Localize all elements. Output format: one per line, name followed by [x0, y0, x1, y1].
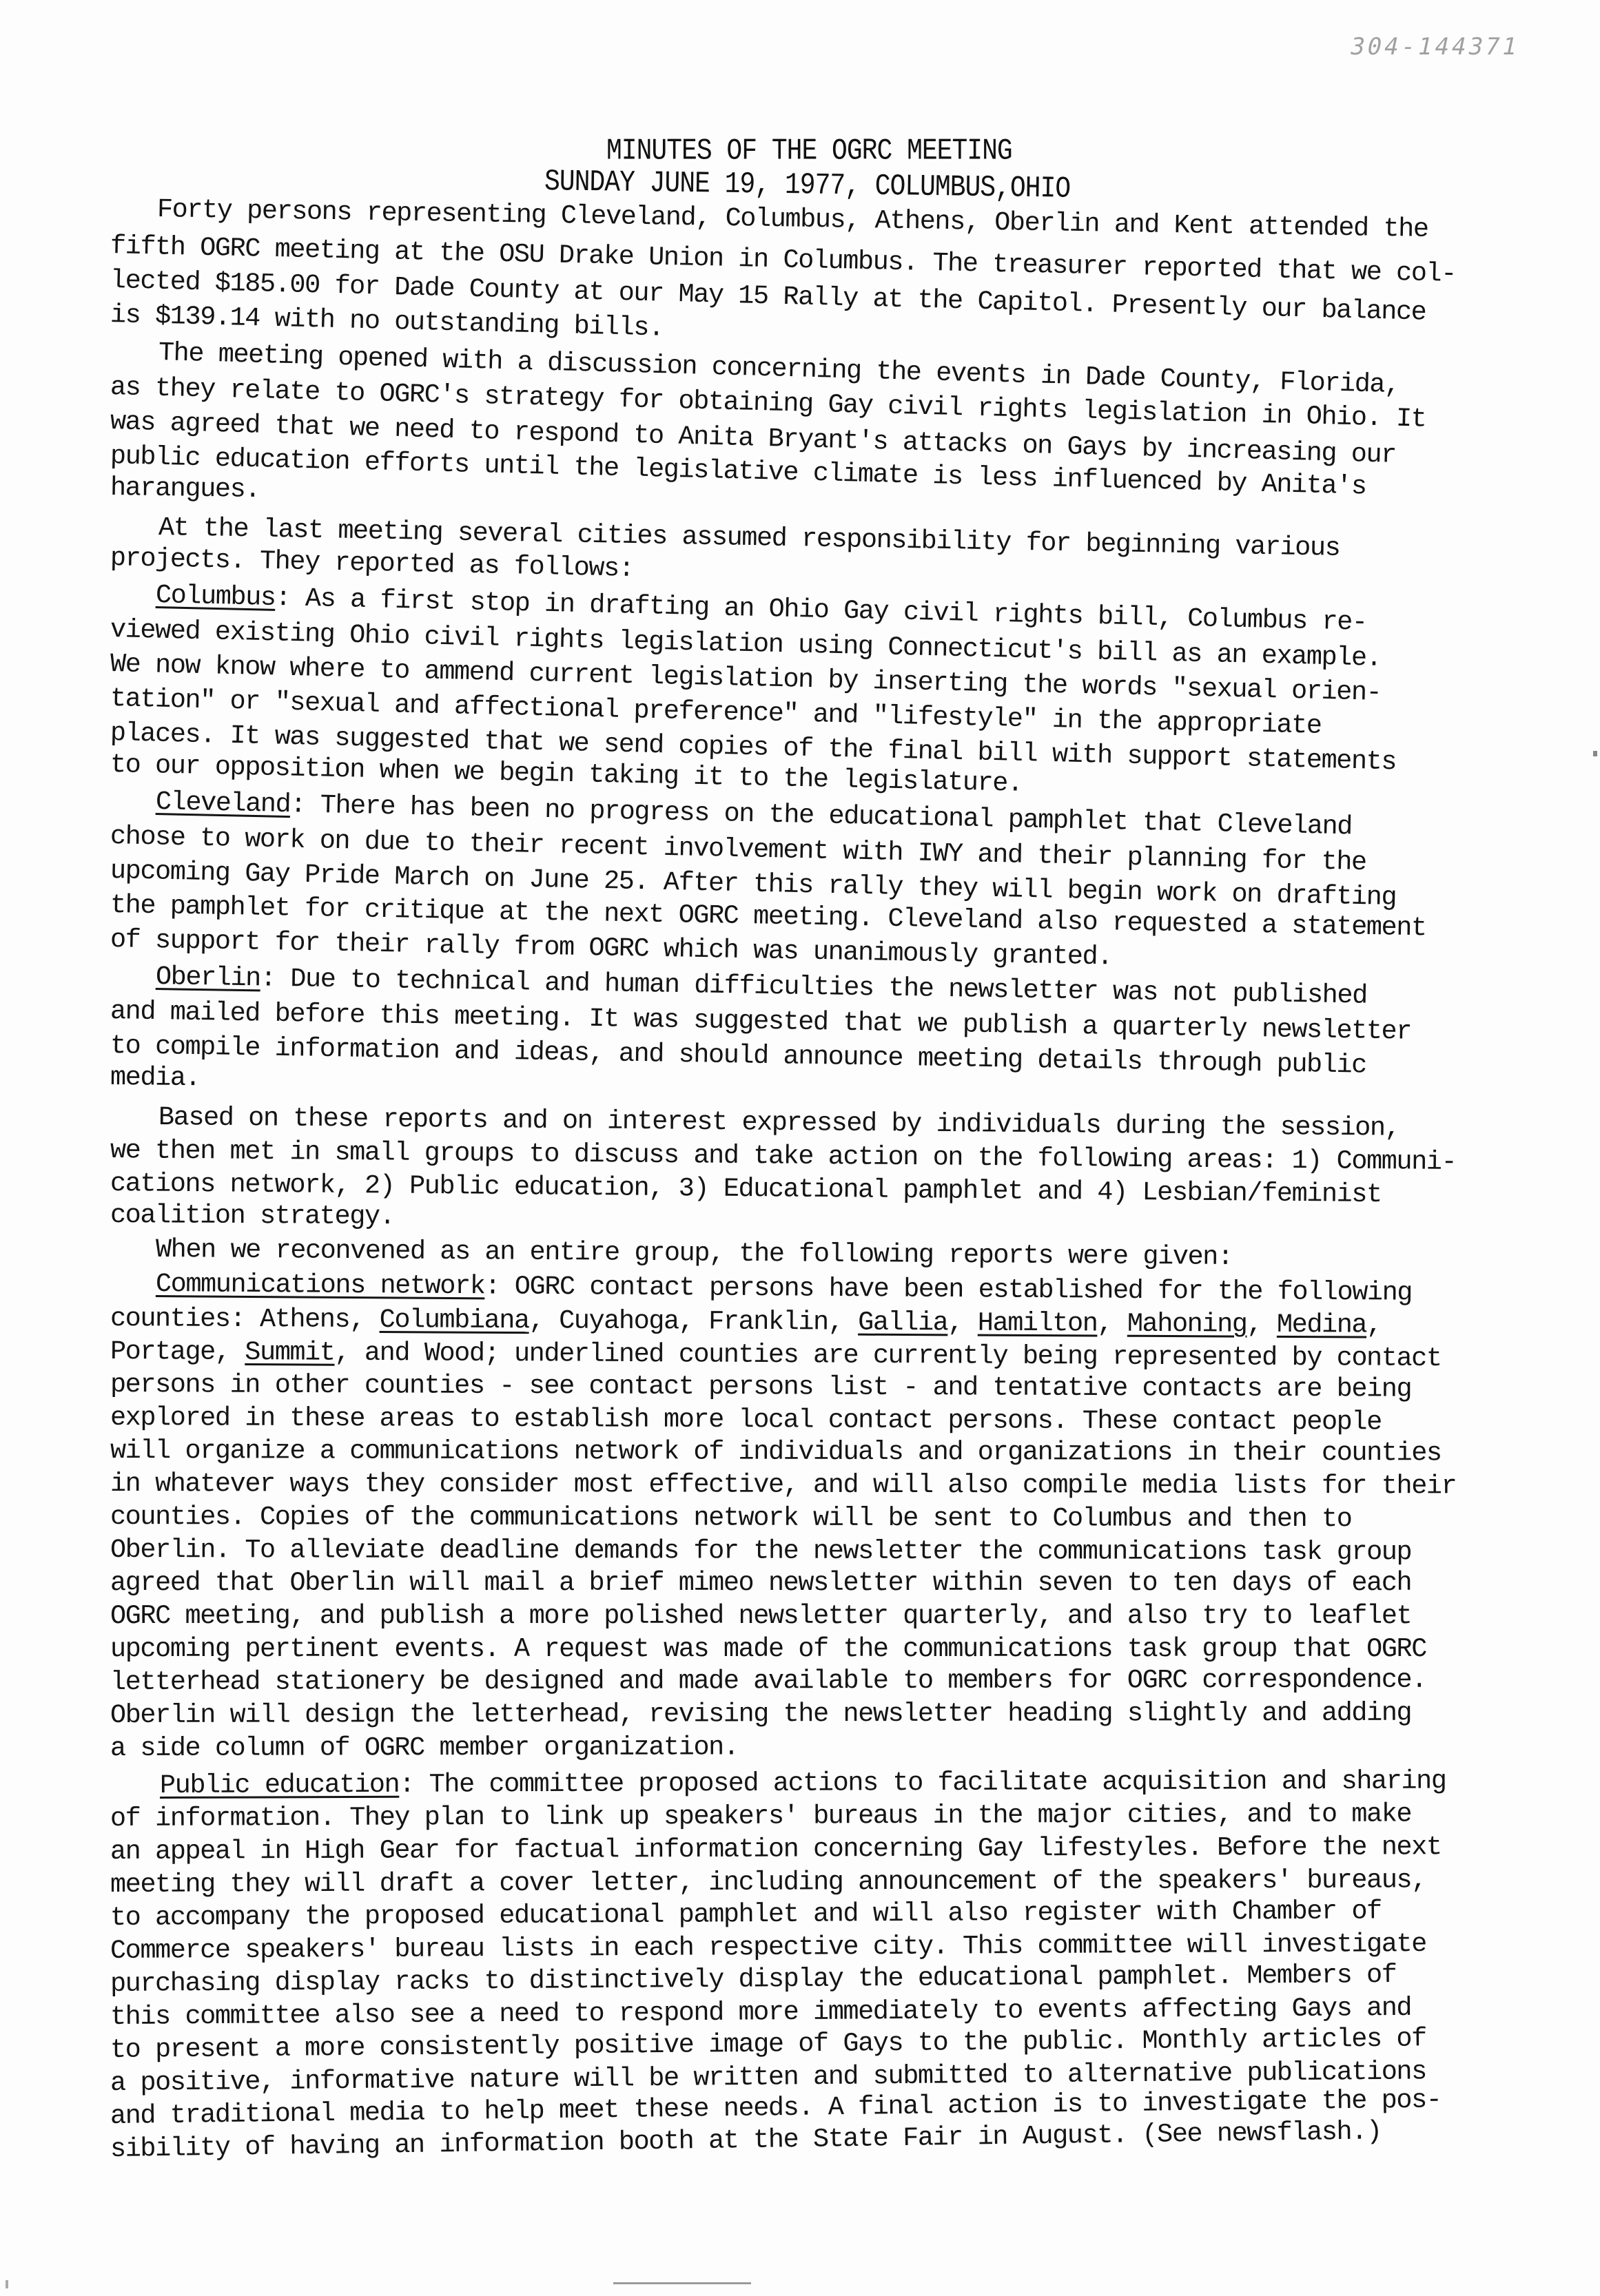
- document-page: 304-144371 MINUTES OF THE OGRC MEETING S…: [0, 0, 1600, 2296]
- text-line: media.: [110, 1062, 201, 1093]
- text-line: counties. Copies of the communications n…: [110, 1502, 1351, 1534]
- text-line: OGRC meeting, and publish a more polishe…: [110, 1601, 1411, 1631]
- text-line: of information. They plan to link up spe…: [110, 1799, 1411, 1834]
- underlined-term: Columbus: [156, 580, 276, 613]
- text-line: When we reconvened as an entire group, t…: [156, 1234, 1233, 1272]
- text-line: counties: Athens, Columbiana, Cuyahoga, …: [110, 1303, 1382, 1341]
- text-line: Portage, Summit, and Wood; underlined co…: [110, 1336, 1442, 1374]
- page-edge-mark: [613, 2282, 751, 2284]
- text-line: agreed that Oberlin will mail a brief mi…: [110, 1568, 1411, 1598]
- text-line: Public education: The committee proposed…: [160, 1766, 1446, 1801]
- underlined-term: Gallia: [858, 1307, 947, 1338]
- underlined-term: Medina: [1277, 1310, 1366, 1341]
- text-line: harangues.: [110, 473, 260, 505]
- scan-mark-right: [1593, 751, 1597, 756]
- underlined-term: Summit: [245, 1337, 334, 1368]
- text-line: letterhead stationery be designed and ma…: [110, 1665, 1426, 1697]
- text-line: coalition strategy.: [110, 1200, 395, 1232]
- text-line: meeting they will draft a cover letter, …: [110, 1865, 1426, 1900]
- underlined-term: Columbiana: [380, 1305, 529, 1336]
- title-line-1: MINUTES OF THE OGRC MEETING: [606, 134, 1012, 168]
- text-line: to accompany the proposed educational pa…: [110, 1896, 1382, 1933]
- underlined-term: Oberlin: [156, 962, 261, 993]
- text-line: upcoming pertinent events. A request was…: [110, 1634, 1426, 1664]
- text-line: in whatever ways they consider most effe…: [110, 1469, 1456, 1501]
- text-line: purchasing display racks to distinctivel…: [110, 1960, 1397, 1999]
- text-line: Oberlin. To alleviate deadline demands f…: [110, 1535, 1411, 1567]
- title-line-2: SUNDAY JUNE 19, 1977, COLUMBUS,OHIO: [544, 165, 1071, 206]
- text-line: Communications network: OGRC contact per…: [156, 1269, 1412, 1308]
- text-line: will organize a communications network o…: [110, 1436, 1442, 1468]
- archive-note: 304-144371: [1348, 33, 1522, 61]
- underlined-term: Mahoning: [1127, 1309, 1247, 1340]
- underlined-term: Public education: [160, 1770, 399, 1801]
- text-line: persons in other counties - see contact …: [110, 1369, 1411, 1405]
- text-line: explored in these areas to establish mor…: [110, 1403, 1382, 1437]
- underlined-term: Cleveland: [156, 787, 291, 820]
- underlined-term: Communications network: [156, 1269, 485, 1301]
- text-line: a side column of OGRC member organizatio…: [110, 1732, 739, 1764]
- text-line: an appeal in High Gear for factual infor…: [110, 1832, 1442, 1867]
- underlined-term: Hamilton: [978, 1308, 1098, 1339]
- scan-mark-left: [6, 2280, 8, 2288]
- text-line: Oberlin will design the letterhead, revi…: [110, 1698, 1411, 1730]
